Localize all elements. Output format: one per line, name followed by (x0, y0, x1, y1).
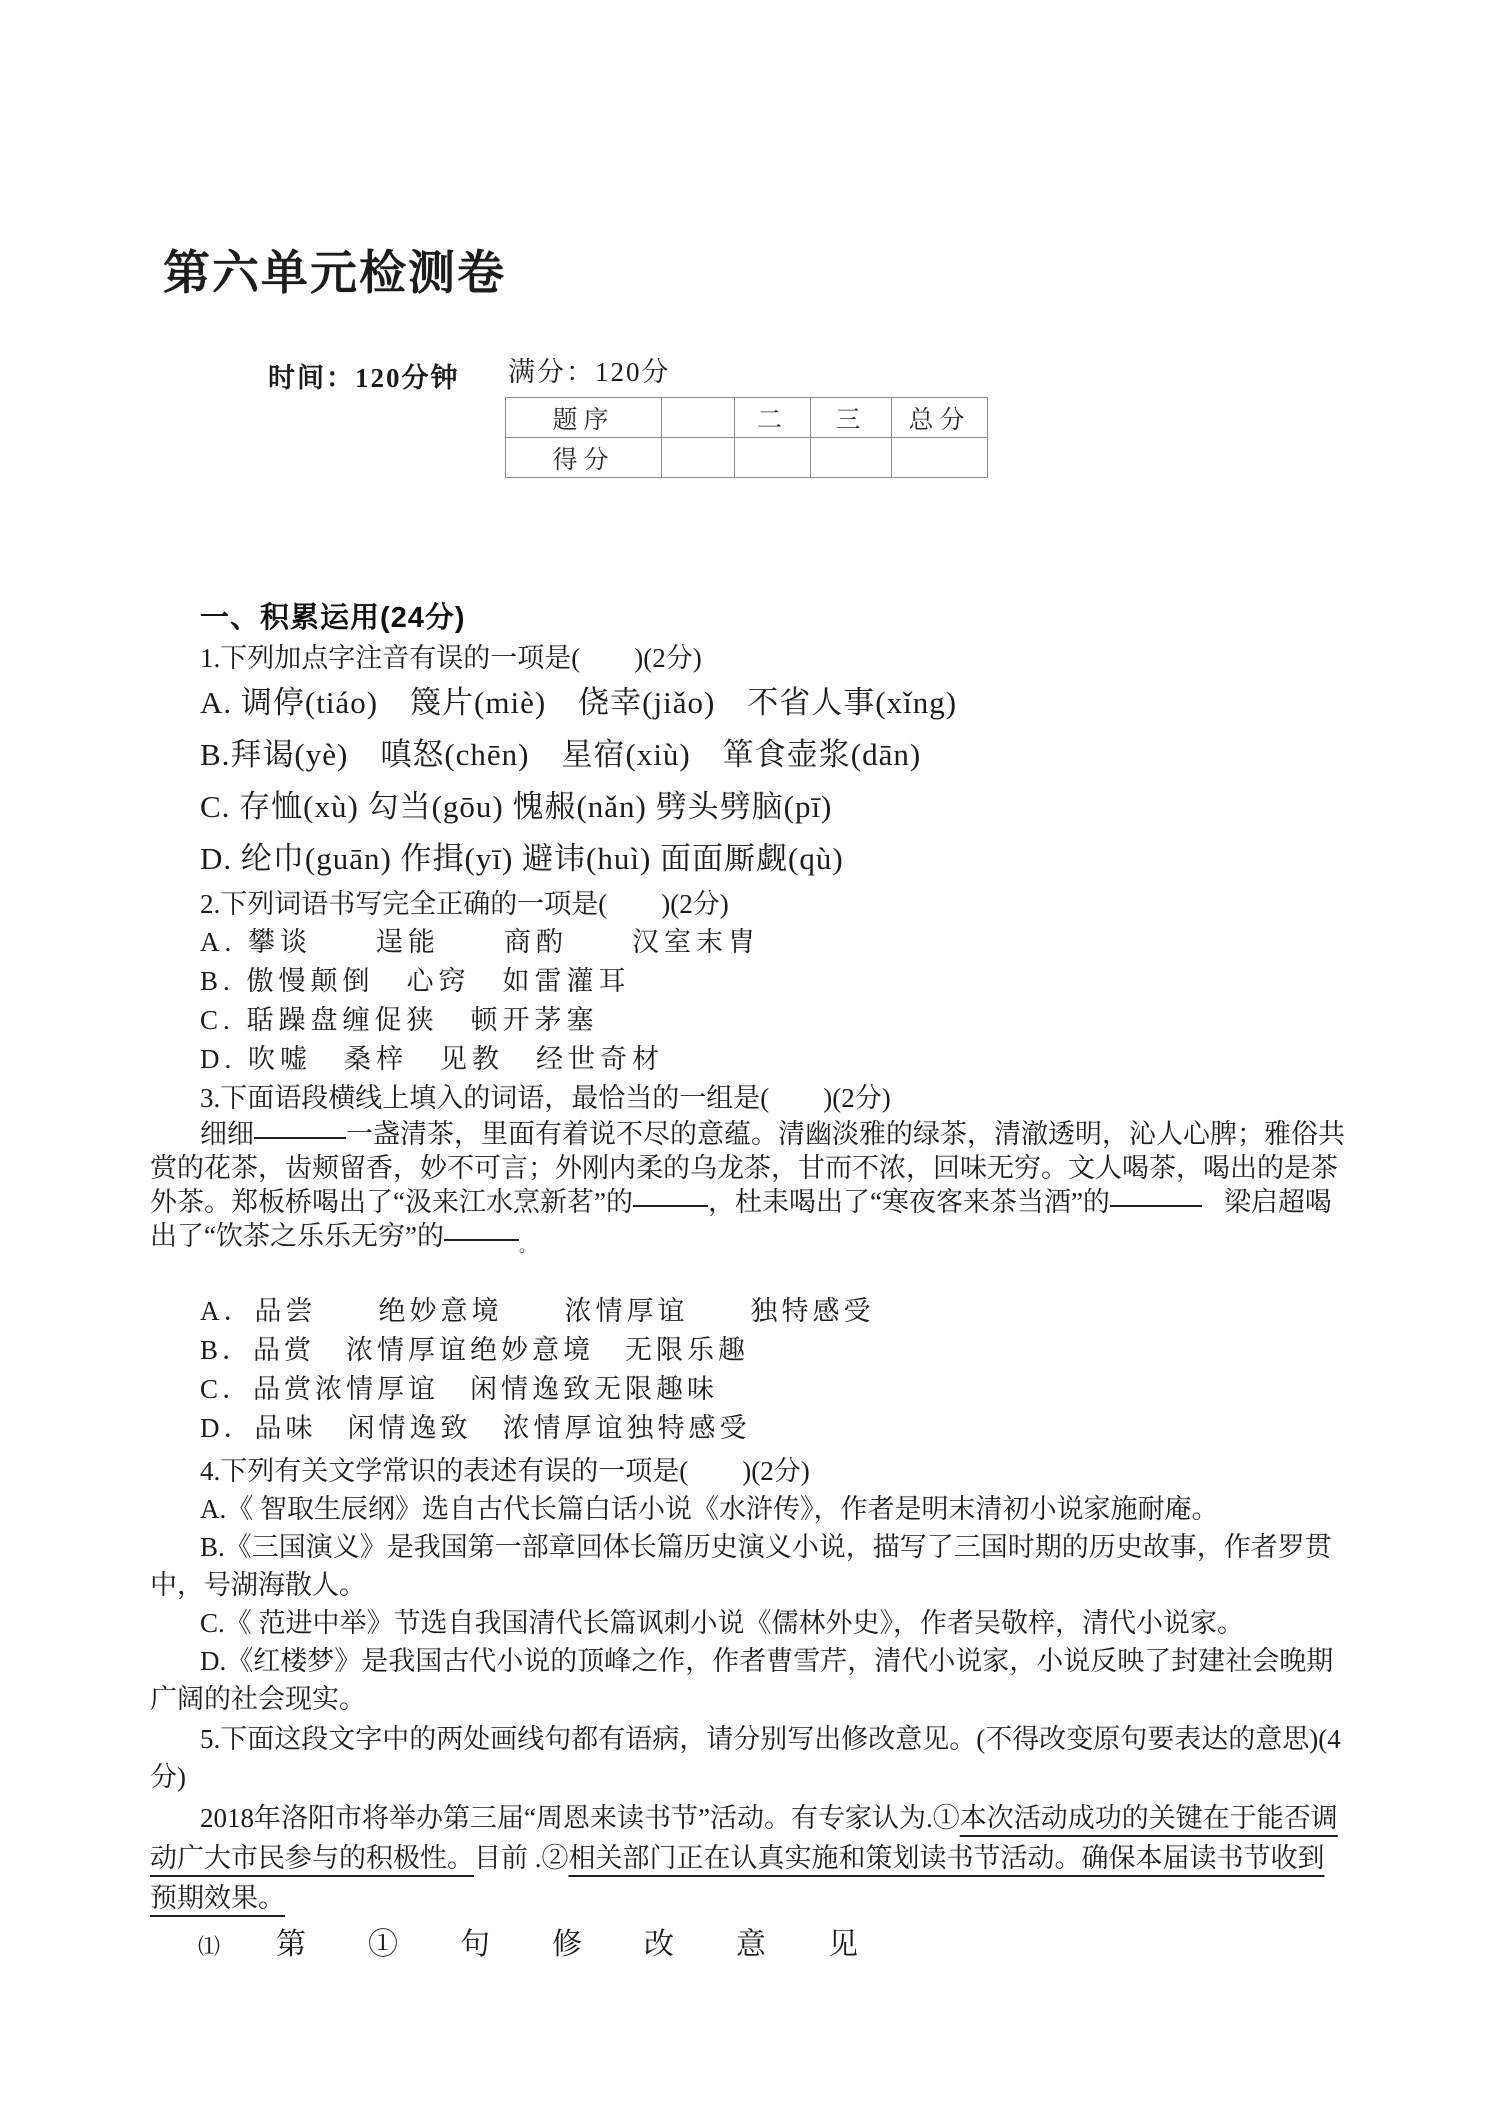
q5-subquestion-1-number: ⑴ (150, 1928, 276, 1966)
q4-option-b: B.《三国演义》是我国第一部章回体长篇历史演义小说，描写了三国时期的历史故事，作… (150, 1528, 1350, 1604)
fill-blank-4 (444, 1235, 519, 1241)
fill-blank-2 (633, 1201, 708, 1207)
q4-option-c: C.《 范进中举》节选自我国清代长篇讽刺小说《儒林外史》，作者吴敬梓，清代小说家… (150, 1604, 1350, 1642)
score-table-cell-blank (662, 438, 735, 478)
test-paper-page: 第六单元检测卷 时间：120分钟 满分：120分 题序 二 三 总分 得分 一、… (0, 0, 1493, 2112)
q3-passage-endmark: 。 (519, 1238, 535, 1255)
score-table-cell-blank (811, 438, 892, 478)
q2-option-d: D. 吹嘘 桑梓 见教 经世奇材 (150, 1040, 1350, 1079)
score-table-cell-blank (735, 438, 811, 478)
q1-option-a: A. 调停(tiáo) 篾片(miè) 侥幸(jiǎo) 不省人事(xǐng) (150, 677, 1350, 729)
q2-option-c: C. 聒躁盘缠促狭 顿开茅塞 (150, 1001, 1350, 1040)
full-score-label: 满分：120分 (508, 350, 671, 389)
score-table-cell-part3: 三 (811, 398, 892, 438)
q2-option-a: A. 攀谈 逞能 商酌 汉室末胄 (150, 923, 1350, 962)
q3-passage-text3: ，杜耒喝出了“寒夜客来茶当酒”的 (708, 1187, 1110, 1217)
paper-body: 一、积累运用(24分) 1.下列加点字注音有误的一项是( )(2分) A. 调停… (150, 597, 1350, 1966)
q5-passage: 2018年洛阳市将举办第三届“周恩来读书节”活动。有专家认为.①本次活动成功的关… (150, 1798, 1350, 1918)
q3-passage-text1: 细细 (200, 1119, 254, 1149)
section1-heading: 一、积累运用(24分) (150, 597, 1350, 639)
score-table-cell-part1 (662, 398, 735, 438)
fill-blank-1 (254, 1133, 346, 1139)
q4-option-a: A.《 智取生辰纲》选自古代长篇白话小说《水浒传》，作者是明末清初小说家施耐庵。 (150, 1490, 1350, 1528)
q3-option-a: A．品尝 绝妙意境 浓情厚谊 独特感受 (150, 1292, 1350, 1331)
q5-subquestion-1: ⑴第①句修改意见 (150, 1926, 1350, 1966)
score-table: 题序 二 三 总分 得分 (505, 397, 988, 478)
q5-circled-1: ① (933, 1803, 960, 1833)
q5-stem: 5.下面这段文字中的两处画线句都有语病，请分别写出修改意见。(不得改变原句要表达… (150, 1720, 1350, 1796)
q3-options: A．品尝 绝妙意境 浓情厚谊 独特感受 B．品赏 浓情厚谊绝妙意境 无限乐趣 C… (150, 1292, 1350, 1448)
q1-option-d: D. 纶巾(guān) 作揖(yī) 避讳(huì) 面面厮觑(qù) (150, 833, 1350, 885)
score-table-cell-question-order: 题序 (506, 398, 662, 438)
q3-stem: 3.下面语段横线上填入的词语，最恰当的一组是( )(2分) (150, 1079, 1350, 1117)
q3-passage: 细细一盏清茶，里面有着说不尽的意蕴。清幽淡雅的绿茶，清澈透明，沁人心脾；雅俗共赏… (150, 1117, 1350, 1264)
q3-option-b: B．品赏 浓情厚谊绝妙意境 无限乐趣 (150, 1331, 1350, 1370)
q2-option-b: B. 傲慢颠倒 心窍 如雷灌耳 (150, 962, 1350, 1001)
q4-option-d: D.《红楼梦》是我国古代小说的顶峰之作，作者曹雪芹，清代小说家，小说反映了封建社… (150, 1642, 1350, 1718)
score-table-score-row: 得分 (506, 438, 988, 478)
score-table-cell-total: 总分 (892, 398, 988, 438)
q1-option-c: C. 存恤(xù) 勾当(gōu) 愧赧(nǎn) 劈头劈脑(pī) (150, 781, 1350, 833)
score-table-cell-score-label: 得分 (506, 438, 662, 478)
paper-title: 第六单元检测卷 (163, 236, 506, 303)
time-limit-label: 时间：120分钟 (268, 356, 460, 395)
score-table-cell-part2: 二 (735, 398, 811, 438)
q3-option-c: C．品赏浓情厚谊 闲情逸致无限趣味 (150, 1370, 1350, 1409)
score-table-cell-blank (892, 438, 988, 478)
q5-subquestion-1-text: 第①句修改意见 (276, 1928, 920, 1961)
score-table-header-row: 题序 二 三 总分 (506, 398, 988, 438)
q4-stem: 4.下列有关文学常识的表述有误的一项是( )(2分) (150, 1452, 1350, 1490)
q2-stem: 2.下列词语书写完全正确的一项是( )(2分) (150, 885, 1350, 923)
q5-passage-mid: 目前 . (474, 1843, 542, 1873)
q1-option-b: B.拜谒(yè) 嗔怒(chēn) 星宿(xiù) 箪食壶浆(dān) (150, 729, 1350, 781)
fill-blank-3 (1110, 1201, 1202, 1207)
q1-stem: 1.下列加点字注音有误的一项是( )(2分) (150, 639, 1350, 677)
q5-circled-2: ② (542, 1843, 569, 1873)
q3-option-d: D．品味 闲情逸致 浓情厚谊独特感受 (150, 1409, 1350, 1448)
q5-passage-lead: 2018年洛阳市将举办第三届“周恩来读书节”活动。有专家认为. (200, 1803, 933, 1833)
